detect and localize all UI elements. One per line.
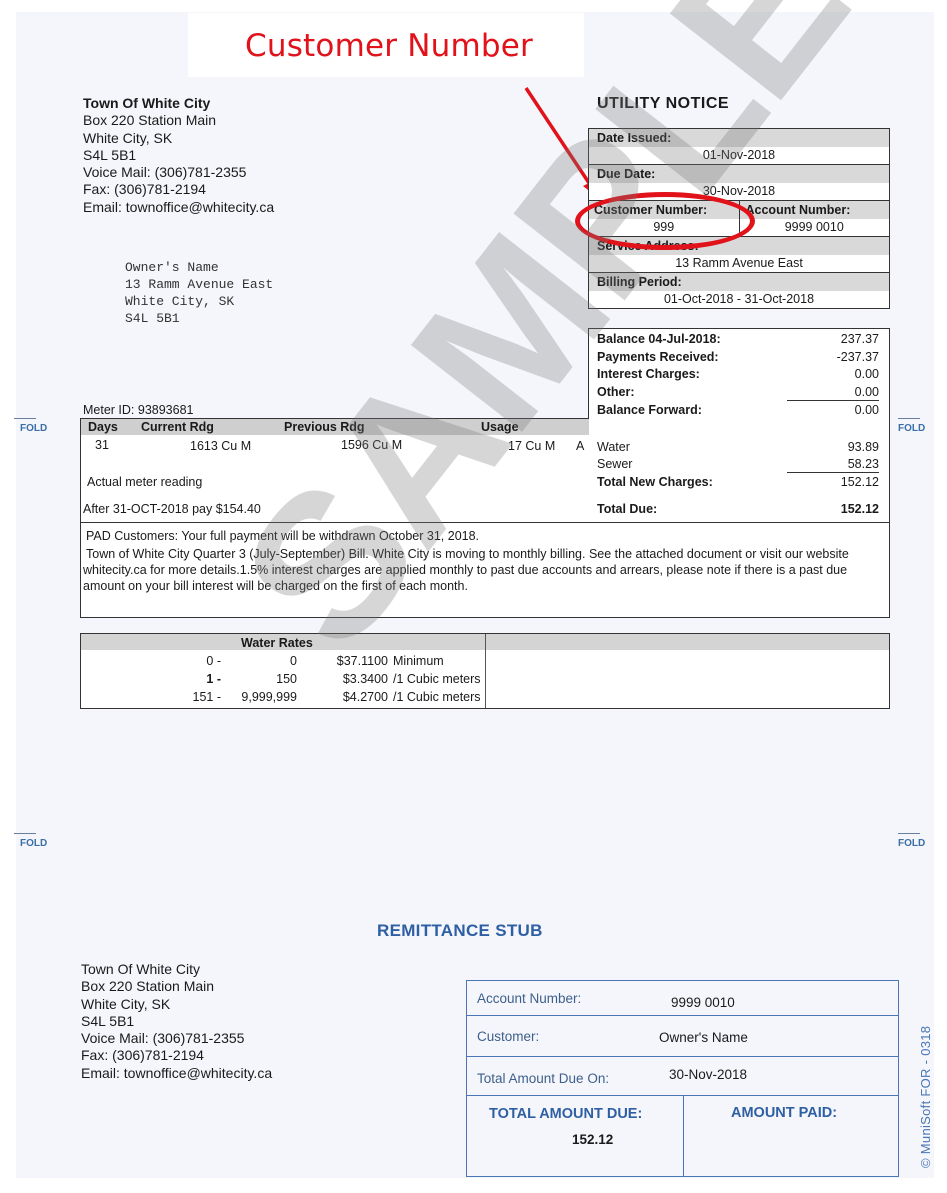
rates-divider: [485, 634, 486, 708]
meter-table-header: Days Current Rdg Previous Rdg Usage: [81, 419, 589, 435]
payments-row: Payments Received:-237.37: [597, 350, 879, 364]
other-row-label: Other:: [597, 385, 635, 399]
header-current-rdg: Current Rdg: [141, 420, 214, 434]
sender-line: Box 220 Station Main: [83, 112, 274, 129]
current-rdg-value: 1613 Cu M: [190, 439, 251, 453]
meter-table-row: 31 1613 Cu M 1596 Cu M 17 Cu M A: [81, 435, 589, 455]
late-payment-note: After 31-OCT-2018 pay $154.40: [83, 502, 261, 516]
balance-forward-row: Balance Forward:0.00: [597, 403, 879, 417]
sender-phone: Voice Mail: (306)781-2355: [83, 164, 274, 181]
stub-customer-row: Customer: Owner's Name: [467, 1016, 898, 1057]
stub-due-on-label: Total Amount Due On:: [477, 1071, 609, 1086]
rate-price: $4.2700: [343, 690, 388, 704]
balance-forward-label: Balance Forward:: [597, 403, 702, 417]
fold-mark-right-bottom: FOLD: [898, 838, 925, 849]
payments-row-label: Payments Received:: [597, 350, 719, 364]
stub-sender-line: Box 220 Station Main: [81, 978, 272, 995]
header-usage: Usage: [481, 420, 519, 434]
balance-summary-box: Balance 04-Jul-2018:237.37 Payments Rece…: [588, 328, 890, 523]
sender-email: Email: townoffice@whitecity.ca: [83, 199, 274, 216]
account-number-label: Account Number:: [740, 201, 890, 219]
meter-reading-box: Days Current Rdg Previous Rdg Usage 31 1…: [80, 418, 589, 524]
rate-from: 151 -: [193, 690, 222, 704]
fold-mark-line: [14, 833, 36, 834]
rate-from: 1 -: [206, 672, 221, 686]
rate-from: 0 -: [206, 654, 221, 668]
customer-number-highlight-circle: [575, 192, 755, 250]
stub-sender-name: Town Of White City: [81, 961, 272, 978]
fold-mark-line: [898, 833, 920, 834]
total-due-label: Total Due:: [597, 502, 657, 516]
interest-row-label: Interest Charges:: [597, 367, 700, 381]
sender-line: White City, SK: [83, 130, 274, 147]
rate-to: 0: [290, 654, 297, 668]
recipient-line: White City, SK: [125, 293, 273, 310]
recipient-line: 13 Ramm Avenue East: [125, 276, 273, 293]
meter-id: Meter ID: 93893681: [83, 403, 194, 417]
pad-message: PAD Customers: Your full payment will be…: [81, 523, 889, 544]
balance-row: Balance 04-Jul-2018:237.37: [597, 332, 879, 346]
previous-rdg-value: 1596 Cu M: [341, 438, 402, 452]
rate-to: 150: [276, 672, 297, 686]
remittance-stub-title: REMITTANCE STUB: [377, 921, 543, 941]
sender-line: S4L 5B1: [83, 147, 274, 164]
sender-address: Town Of White City Box 220 Station Main …: [83, 95, 274, 216]
header-previous-rdg: Previous Rdg: [284, 420, 365, 434]
fold-mark-left-top: FOLD: [20, 423, 47, 434]
billing-period-label: Billing Period:: [589, 273, 889, 291]
stub-sender-email: Email: townoffice@whitecity.ca: [81, 1065, 272, 1082]
reading-flag: A: [576, 439, 584, 453]
stub-divider: [683, 1096, 684, 1176]
water-charge-label: Water: [597, 440, 630, 454]
rate-price: $3.3400: [343, 672, 388, 686]
subtotal-rule: [787, 400, 879, 401]
notice-title: UTILITY NOTICE: [597, 95, 729, 113]
due-date-label: Due Date:: [589, 165, 889, 183]
stub-customer-value: Owner's Name: [659, 1030, 748, 1045]
usage-value: 17 Cu M: [508, 439, 555, 453]
rate-unit: /1 Cubic meters: [393, 690, 481, 704]
sewer-charge-label: Sewer: [597, 457, 632, 471]
stub-total-value: 152.12: [572, 1132, 613, 1147]
recipient-line: S4L 5B1: [125, 310, 273, 327]
recipient-name: Owner's Name: [125, 259, 273, 276]
stub-account-label: Account Number:: [477, 991, 581, 1006]
stub-account-value: 9999 0010: [671, 995, 735, 1010]
stub-sender-line: S4L 5B1: [81, 1013, 272, 1030]
other-row: Other:0.00: [597, 385, 879, 399]
fold-mark-right-top: FOLD: [898, 423, 925, 434]
remittance-box: Account Number: 9999 0010 Customer: Owne…: [466, 980, 899, 1177]
water-rates-box: Water Rates 0 - 0 $37.1100 Minimum 1 - 1…: [80, 633, 890, 709]
fold-mark-line: [898, 418, 920, 419]
stub-sender-address: Town Of White City Box 220 Station Main …: [81, 961, 272, 1082]
water-charge-row: Water93.89: [597, 440, 879, 454]
stub-customer-label: Customer:: [477, 1029, 539, 1044]
stub-sender-fax: Fax: (306)781-2194: [81, 1047, 272, 1064]
total-new-charges-value: 152.12: [841, 475, 879, 489]
balance-row-value: 237.37: [841, 332, 879, 346]
total-due-row: Total Due:152.12: [597, 502, 879, 516]
rate-price: $37.1100: [337, 654, 388, 668]
total-due-value: 152.12: [841, 502, 879, 516]
interest-row: Interest Charges:0.00: [597, 367, 879, 381]
stub-due-on-value: 30-Nov-2018: [669, 1067, 747, 1082]
account-number-value: 9999 0010: [740, 219, 890, 236]
service-address-value: 13 Ramm Avenue East: [589, 255, 889, 272]
date-issued-label: Date Issued:: [589, 129, 889, 147]
balance-forward-value: 0.00: [855, 403, 879, 417]
date-issued-value: 01-Nov-2018: [589, 147, 889, 164]
water-rates-title: Water Rates: [241, 636, 313, 650]
new-charges-rule: [787, 472, 879, 473]
fold-mark-left-bottom: FOLD: [20, 838, 47, 849]
fold-mark-line: [14, 418, 36, 419]
stub-total-label: TOTAL AMOUNT DUE:: [489, 1106, 642, 1122]
rate-unit: Minimum: [393, 654, 444, 668]
sewer-charge-value: 58.23: [848, 457, 879, 471]
total-new-charges-row: Total New Charges:152.12: [597, 475, 879, 489]
sender-name: Town Of White City: [83, 95, 274, 112]
stub-amount-paid-label: AMOUNT PAID:: [731, 1105, 837, 1121]
stub-sender-phone: Voice Mail: (306)781-2355: [81, 1030, 272, 1047]
copyright-text: © MuniSoft FOR - 0318: [918, 1026, 933, 1168]
stub-due-on-row: Total Amount Due On: 30-Nov-2018: [467, 1057, 898, 1096]
rate-to: 9,999,999: [241, 690, 297, 704]
sewer-charge-row: Sewer58.23: [597, 457, 879, 471]
water-charge-value: 93.89: [848, 440, 879, 454]
total-new-charges-label: Total New Charges:: [597, 475, 713, 489]
interest-row-value: 0.00: [855, 367, 879, 381]
message-box: PAD Customers: Your full payment will be…: [80, 522, 890, 618]
stub-sender-line: White City, SK: [81, 996, 272, 1013]
balance-row-label: Balance 04-Jul-2018:: [597, 332, 721, 346]
header-days: Days: [88, 420, 118, 434]
other-row-value: 0.00: [855, 385, 879, 399]
recipient-address: Owner's Name 13 Ramm Avenue East White C…: [125, 259, 273, 327]
reading-note: Actual meter reading: [87, 475, 202, 489]
days-value: 31: [95, 438, 109, 452]
billing-period-value: 01-Oct-2018 - 31-Oct-2018: [589, 291, 889, 308]
billing-message: Town of White City Quarter 3 (July-Septe…: [81, 544, 889, 594]
sender-fax: Fax: (306)781-2194: [83, 181, 274, 198]
rate-unit: /1 Cubic meters: [393, 672, 481, 686]
payments-row-value: -237.37: [837, 350, 879, 364]
stub-account-row: Account Number: 9999 0010: [467, 981, 898, 1016]
